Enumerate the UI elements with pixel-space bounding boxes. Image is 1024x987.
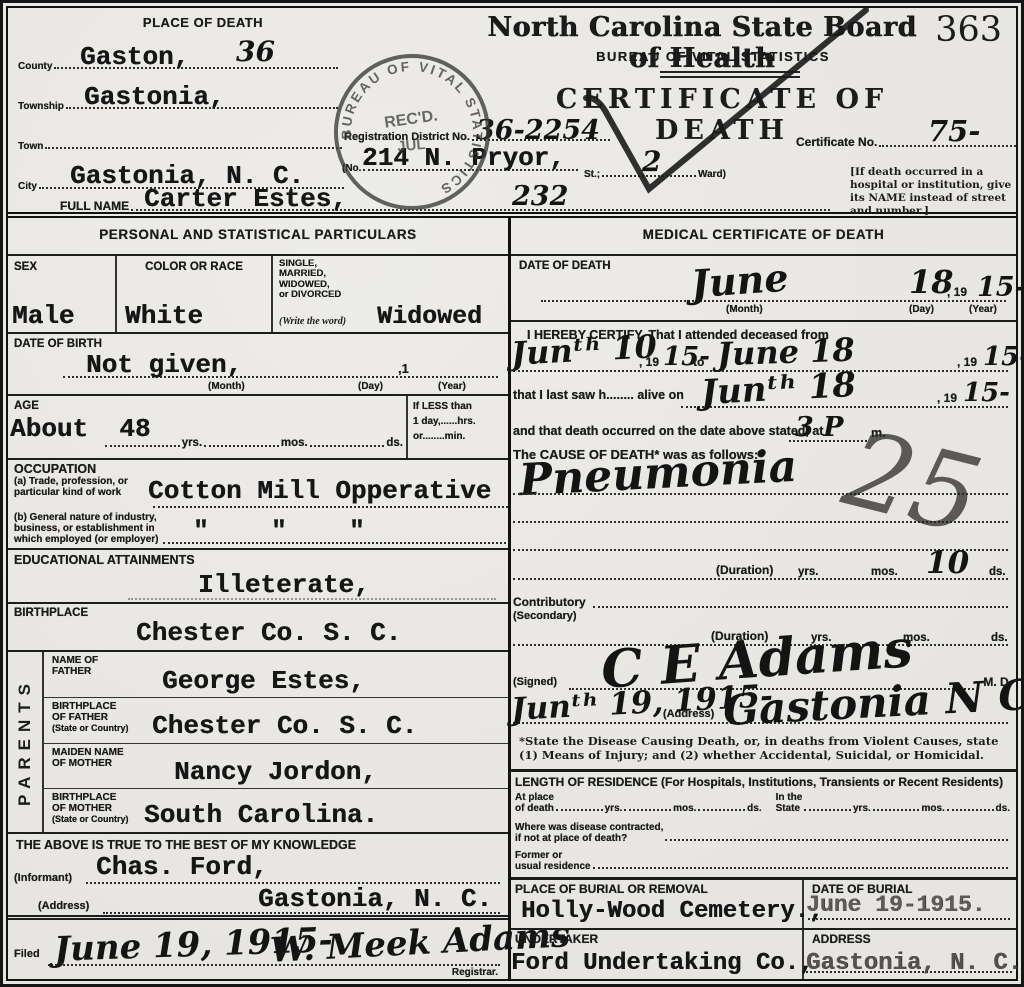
education-label: EDUCATIONAL ATTAINMENTS	[14, 553, 195, 567]
dob-year-prefix: ,1	[398, 362, 409, 377]
personal-section-title: PERSONAL AND STATISTICAL PARTICULARS	[8, 218, 508, 243]
dotted-line	[105, 443, 180, 447]
marital-hint: (Write the word)	[279, 316, 346, 327]
full-name-number-handwritten: 232	[512, 183, 568, 210]
father-birthplace-row: BIRTHPLACE OF FATHER (State or Country) …	[44, 698, 508, 744]
occupation-a-label-line2: particular kind of work	[14, 487, 128, 498]
bureau-subtitle: BUREAU OF VITAL STATISTICS	[548, 50, 878, 65]
in-state-yrs: yrs.	[853, 803, 871, 814]
occupation-section: OCCUPATION (a) Trade, profession, or par…	[8, 460, 508, 550]
mother-name-row: MAIDEN NAME OF MOTHER Nancy Jordon,	[44, 744, 508, 789]
dotted-line	[808, 918, 1010, 920]
medical-certificate-column: MEDICAL CERTIFICATE OF DEATH DATE OF DEA…	[511, 218, 1016, 979]
stamp-month-text: JUL	[396, 136, 426, 155]
last-saw-date-handwritten: Junᵗʰ 18	[700, 368, 857, 410]
contributory-signed-section: Contributory (Secondary) (Duration) yrs.…	[511, 594, 1016, 730]
contributory-label: Contributory	[513, 596, 586, 610]
cause-duration-mos: mos.	[871, 566, 898, 579]
township-field: Township Gastonia,	[18, 84, 340, 112]
date-of-death-section: DATE OF DEATH June 18 , 19 15- (Month) (…	[511, 256, 1016, 322]
county-number-handwritten: 36	[236, 38, 275, 66]
county-field: County Gaston, 36	[18, 44, 340, 72]
footnote-section: *State the Disease Causing Death, or, in…	[511, 730, 1016, 772]
dotted-line	[45, 145, 342, 149]
education-section: EDUCATIONAL ATTAINMENTS Illeterate,	[8, 550, 508, 604]
less-than-line3: or........min.	[408, 427, 508, 442]
informant-value: Chas. Ford,	[96, 854, 268, 880]
street-label: St.;	[584, 169, 600, 180]
marital-label-line4: or DIVORCED	[279, 290, 341, 300]
undertaker-cell: UNDERTAKER Ford Undertaking Co.,	[511, 930, 804, 979]
occupation-b-label-line2: business, or establishment in	[14, 523, 158, 534]
former-label-line2: usual residence	[515, 861, 591, 872]
title-rule	[660, 71, 800, 78]
burial-place-label: PLACE OF BURIAL OR REMOVAL	[515, 883, 708, 897]
in-state-ds: ds.	[996, 803, 1010, 814]
dotted-line	[310, 443, 385, 447]
pen-scrawl-number: 25	[833, 408, 992, 559]
at-place-mos: mos.	[673, 803, 696, 814]
town-field: Town	[18, 124, 344, 152]
attended-to-year-handwritten: 15-	[983, 344, 1024, 370]
occupation-a-value: Cotton Mill Opperative	[148, 478, 491, 504]
attended-to-handwritten: June 18	[716, 334, 855, 371]
dob-day-sublabel: (Day)	[358, 381, 383, 392]
father-birthplace-hint: (State or Country)	[52, 723, 129, 733]
occupation-b-ditto-value: " " "	[193, 518, 365, 544]
death-certificate-scan: PLACE OF DEATH County Gaston, 36 Townshi…	[0, 0, 1024, 987]
parents-vertical-label: PARENTS	[15, 652, 35, 832]
dotted-line	[593, 865, 1008, 869]
signed-label: (Signed)	[513, 676, 557, 689]
in-state-mos: mos.	[921, 803, 944, 814]
burial-place-value: Holly-Wood Cemetery.,	[521, 900, 823, 924]
parents-section: PARENTS NAME OF FATHER George Estes,	[8, 652, 508, 834]
at-place-yrs: yrs.	[605, 803, 623, 814]
undertaker-address-value: Gastonia, N. C.	[806, 952, 1022, 976]
father-name-label-line1: NAME OF	[52, 655, 98, 666]
residence-at-place-line: At placeof death yrs. mos. ds. In theSta…	[515, 790, 1010, 814]
contracted-label-line1: Where was disease contracted,	[515, 822, 663, 833]
race-label: COLOR OR RACE	[117, 261, 271, 274]
undertaker-address-cell: ADDRESS Gastonia, N. C.	[804, 930, 1016, 979]
cause-duration-yrs: yrs.	[798, 566, 818, 579]
mother-birthplace-row: BIRTHPLACE OF MOTHER (State or Country) …	[44, 789, 508, 832]
age-label: AGE	[14, 400, 39, 413]
burial-date-cell: DATE OF BURIAL June 19-1915.	[804, 880, 1016, 928]
last-saw-year-handwritten: 15-	[963, 380, 1010, 406]
race-value: White	[125, 303, 203, 329]
former-label-line1: Former or	[515, 850, 591, 861]
sex-label: SEX	[14, 261, 37, 274]
occupation-a-label-line1: (a) Trade, profession, or	[14, 476, 128, 487]
street-ward-field: St.; 2 Ward)	[584, 154, 726, 180]
in-state-label-line2: State	[776, 803, 803, 814]
less-than-one-day-box: If LESS than 1 day,......hrs. or........…	[406, 396, 508, 458]
father-name-row: NAME OF FATHER George Estes,	[44, 652, 508, 698]
dotted-line	[665, 837, 1008, 841]
filed-label: Filed	[14, 948, 40, 961]
education-value: Illeterate,	[198, 572, 370, 598]
burial-row: PLACE OF BURIAL OR REMOVAL Holly-Wood Ce…	[511, 880, 1016, 930]
father-name-value: George Estes,	[162, 668, 365, 694]
undertaker-row: UNDERTAKER Ford Undertaking Co., ADDRESS…	[511, 930, 1016, 979]
at-place-ds: ds.	[747, 803, 761, 814]
less-than-line2: 1 day,......hrs.	[408, 412, 508, 427]
informant-label: (Informant)	[14, 872, 72, 885]
registrar-label: Registrar.	[452, 967, 498, 978]
cause-duration-days-handwritten: 10	[926, 548, 969, 579]
dotted-line	[153, 506, 508, 508]
age-ds-label: ds.	[386, 437, 403, 450]
attestation-section: THE ABOVE IS TRUE TO THE BEST OF MY KNOW…	[8, 834, 508, 920]
marital-status-cell: SINGLE, MARRIED, WIDOWED, or DIVORCED (W…	[273, 256, 508, 332]
attended-from-handwritten: Junᵗʰ 10	[510, 330, 657, 370]
footnote-line2: (1) Means of Injury; and (2) whether Acc…	[511, 748, 1016, 762]
age-mos-label: mos.	[281, 437, 308, 450]
mother-birthplace-label-line2: OF MOTHER	[52, 803, 129, 814]
full-name-value: Carter Estes,	[144, 186, 347, 212]
dob-year-sublabel: (Year)	[438, 381, 466, 392]
mother-birthplace-label-line1: BIRTHPLACE	[52, 792, 129, 803]
header-place-of-death-section: PLACE OF DEATH County Gaston, 36 Townshi…	[8, 8, 1016, 218]
death-time-handwritten: 3 P	[795, 414, 844, 441]
father-birthplace-label-line2: OF FATHER	[52, 712, 129, 723]
town-label: Town	[18, 141, 43, 152]
age-yrs-label: yrs.	[182, 437, 202, 450]
certificate-no-field: Certificate No. 75-	[796, 124, 1018, 150]
death-occurred-statement: and that death occurred on the date abov…	[513, 424, 823, 438]
dotted-line	[204, 443, 279, 447]
last-saw-statement: that I last saw h........ alive on	[513, 388, 684, 402]
dotted-line	[873, 807, 920, 811]
attended-from-year-printed: , 19	[639, 356, 659, 370]
attended-to-year-printed: , 19	[957, 356, 977, 370]
at-place-label-line1: At place	[515, 792, 554, 803]
cause-duration-ds: ds.	[989, 566, 1006, 579]
dotted-line	[698, 807, 745, 811]
medical-section-title: MEDICAL CERTIFICATE OF DEATH	[511, 218, 1016, 243]
former-residence-line: Former orusual residence	[515, 848, 1010, 872]
occupation-label: OCCUPATION	[14, 462, 96, 476]
informant-address-value: Gastonia, N. C.	[258, 886, 492, 912]
birthplace-value: Chester Co. S. C.	[136, 620, 401, 646]
ward-value-handwritten: 2	[642, 148, 661, 176]
certificate-inner-border: PLACE OF DEATH County Gaston, 36 Townshi…	[6, 6, 1018, 981]
sheet-number: 363	[935, 10, 1002, 50]
dotted-line	[947, 807, 994, 811]
death-year-sublabel: (Year)	[969, 304, 997, 315]
father-name-label-line2: FATHER	[52, 666, 98, 677]
stamp-ring-text: BUREAU OF VITAL STATISTICS	[324, 43, 500, 219]
marital-value: Widowed	[377, 304, 482, 329]
death-month-handwritten: June	[690, 259, 790, 304]
certificate-body: PERSONAL AND STATISTICAL PARTICULARS SEX…	[8, 218, 1016, 979]
certification-section: I HEREBY CERTIFY, That I attended deceas…	[511, 322, 1016, 594]
occupation-b-label-line1: (b) General nature of industry,	[14, 512, 158, 523]
attestation-title: THE ABOVE IS TRUE TO THE BEST OF MY KNOW…	[16, 838, 356, 852]
attended-to-printed: to	[693, 356, 704, 370]
undertaker-address-label: ADDRESS	[812, 933, 871, 947]
undertaker-label: UNDERTAKER	[515, 933, 598, 947]
less-than-line1: If LESS than	[408, 396, 508, 412]
contributory-duration-ds: ds.	[991, 632, 1008, 645]
sex-value: Male	[12, 303, 74, 329]
length-of-residence-section: LENGTH OF RESIDENCE (For Hospitals, Inst…	[511, 772, 1016, 880]
mother-birthplace-value: South Carolina.	[144, 802, 378, 828]
township-label: Township	[18, 101, 64, 112]
cause-duration-label: (Duration)	[716, 564, 773, 578]
father-birthplace-value: Chester Co. S. C.	[152, 713, 417, 739]
full-name-label: FULL NAME	[60, 200, 129, 214]
place-of-death-label: PLACE OF DEATH	[98, 16, 308, 31]
dob-value: Not given,	[86, 352, 242, 378]
last-saw-year-printed: , 19	[937, 392, 957, 406]
informant-address-label: (Address)	[38, 900, 89, 913]
footnote-line1: *State the Disease Causing Death, or, in…	[511, 730, 1016, 748]
date-of-birth-section: DATE OF BIRTH Not given, ,1 (Month) (Day…	[8, 334, 508, 396]
township-value: Gastonia,	[84, 84, 224, 110]
county-value: Gaston,	[80, 44, 189, 70]
dotted-line	[103, 912, 500, 914]
dotted-line	[163, 542, 506, 544]
personal-particulars-column: PERSONAL AND STATISTICAL PARTICULARS SEX…	[8, 218, 511, 979]
signed-address-label: (Address)	[663, 708, 714, 721]
medical-section-title-band: MEDICAL CERTIFICATE OF DEATH	[511, 218, 1016, 256]
race-cell: COLOR OR RACE White	[117, 256, 273, 332]
date-of-death-label: DATE OF DEATH	[519, 260, 611, 273]
sex-cell: SEX Male	[8, 256, 117, 332]
dotted-line	[624, 807, 671, 811]
dotted-line	[804, 807, 851, 811]
certificate-no-label: Certificate No.	[796, 136, 877, 150]
death-year-handwritten: 15-	[977, 274, 1024, 301]
secondary-label: (Secondary)	[513, 610, 577, 623]
county-label: County	[18, 61, 52, 72]
ward-label: Ward)	[698, 169, 726, 180]
in-state-label-line1: In the	[776, 792, 803, 803]
dotted-line	[593, 606, 1008, 608]
birthplace-section: BIRTHPLACE Chester Co. S. C.	[8, 604, 508, 652]
mother-name-value: Nancy Jordon,	[174, 759, 377, 785]
burial-place-cell: PLACE OF BURIAL OR REMOVAL Holly-Wood Ce…	[511, 880, 804, 928]
undertaker-value: Ford Undertaking Co.,	[511, 952, 813, 976]
sex-race-marital-row: SEX Male COLOR OR RACE White SINGLE, MAR…	[8, 256, 508, 334]
stamp-recd-text: REC'D.	[383, 107, 438, 131]
death-month-sublabel: (Month)	[726, 304, 763, 315]
father-birthplace-label-line1: BIRTHPLACE	[52, 701, 129, 712]
birthplace-label: BIRTHPLACE	[14, 607, 88, 620]
dotted-line	[128, 598, 496, 600]
age-section: AGE About 48 yrs. mos. ds. If LESS than …	[8, 396, 508, 460]
occupation-b-label-line3: which employed (or employer)	[14, 534, 158, 545]
parents-group-cell: PARENTS	[8, 652, 44, 832]
mother-name-label-line1: MAIDEN NAME	[52, 747, 124, 758]
certificate-no-value: 75-	[928, 117, 980, 146]
dotted-line	[556, 807, 603, 811]
svg-text:BUREAU OF VITAL STATISTICS: BUREAU OF VITAL STATISTICS	[324, 43, 500, 219]
personal-section-title-band: PERSONAL AND STATISTICAL PARTICULARS	[8, 218, 508, 256]
at-place-label-line2: of death	[515, 803, 554, 814]
death-year-printed: , 19	[947, 286, 967, 300]
mother-birthplace-hint: (State or Country)	[52, 814, 129, 824]
dob-month-sublabel: (Month)	[208, 381, 245, 392]
disease-contracted-line: Where was disease contracted,if not at p…	[515, 820, 1010, 844]
age-units-line: yrs. mos. ds.	[103, 434, 403, 450]
residence-title: LENGTH OF RESIDENCE (For Hospitals, Inst…	[515, 776, 1003, 790]
hospital-instruction-note: [If death occurred in a hospital or inst…	[850, 166, 1022, 219]
mother-name-label-line2: OF MOTHER	[52, 758, 124, 769]
burial-date-value: June 19-1915.	[806, 894, 985, 917]
contracted-label-line2: if not at place of death?	[515, 833, 663, 844]
filed-section: Filed June 19, 1915- W. Meek Adams Regis…	[8, 920, 508, 979]
death-day-sublabel: (Day)	[909, 304, 934, 315]
city-label: City	[18, 181, 37, 192]
